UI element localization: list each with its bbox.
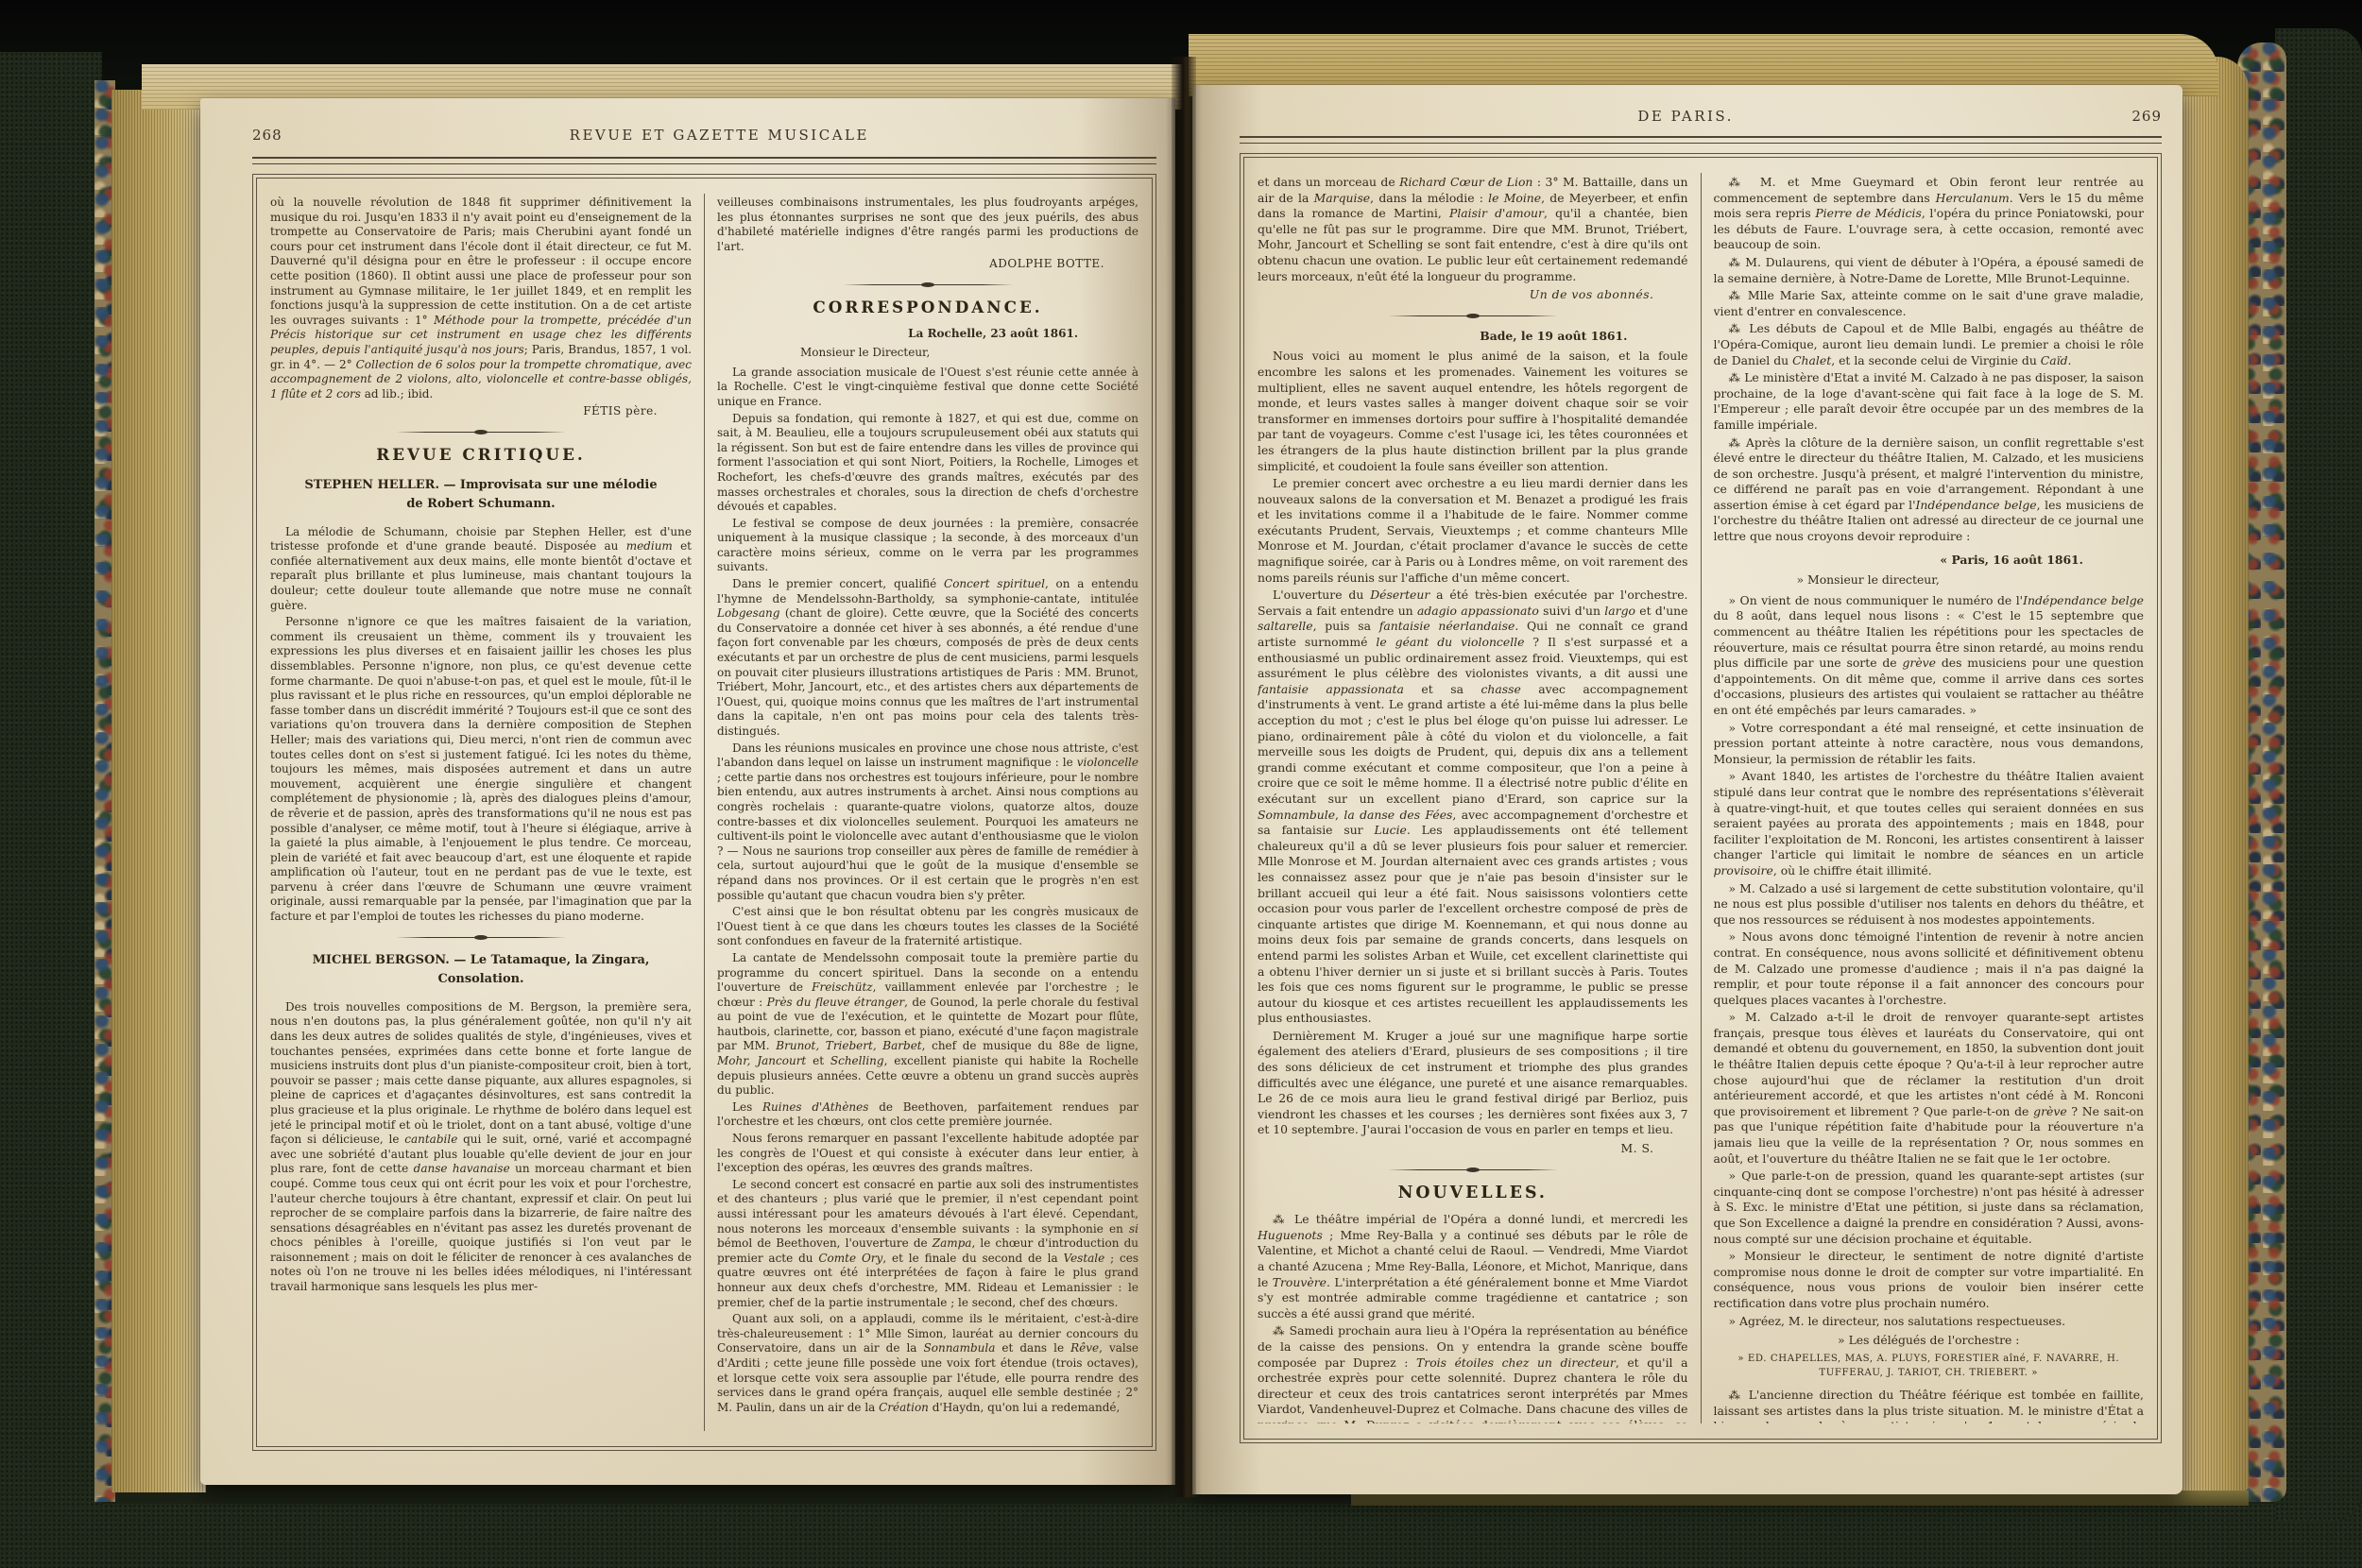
paragraph: ⁂ Samedi prochain aura lieu à l'Opéra la… bbox=[1258, 1323, 1688, 1423]
paragraph-continued: veilleuses combinaisons instrumentales, … bbox=[717, 196, 1138, 254]
running-head-right: DE PARIS. 269 bbox=[1240, 108, 2162, 125]
page-number-268: 268 bbox=[252, 127, 282, 144]
section-heading: NOUVELLES. bbox=[1258, 1185, 1688, 1202]
paragraph: ⁂ M. Dulaurens, qui vient de débuter à l… bbox=[1714, 255, 2145, 286]
column-rule-269 bbox=[1701, 173, 1702, 1423]
paragraph: » Agréez, M. le directeur, nos salutatio… bbox=[1714, 1314, 2145, 1330]
text-frame-inner-268: où la nouvelle révolution de 1848 fit su… bbox=[256, 178, 1153, 1447]
section-divider bbox=[1258, 1169, 1688, 1170]
paragraph: Des trois nouvelles compositions de M. B… bbox=[270, 1000, 692, 1295]
paragraph: La grande association musicale de l'Oues… bbox=[717, 366, 1138, 410]
signature: FÉTIS père. bbox=[270, 404, 692, 419]
paragraph: ⁂ Le théâtre impérial de l'Opéra a donné… bbox=[1258, 1212, 1688, 1321]
book-spread: 268 REVUE ET GAZETTE MUSICALE où la nouv… bbox=[0, 0, 2362, 1568]
paragraph: » Nous avons donc témoigné l'intention d… bbox=[1714, 929, 2145, 1008]
column-269-1: et dans un morceau de Richard Cœur de Li… bbox=[1258, 173, 1688, 1423]
centered-line: » Les délégués de l'orchestre : bbox=[1714, 1333, 2145, 1349]
column-269-2: ⁂ M. et Mme Gueymard et Obin feront leur… bbox=[1714, 173, 2145, 1423]
column-268-1: où la nouvelle révolution de 1848 fit su… bbox=[270, 194, 692, 1431]
paragraph: » Que parle-t-on de pression, quand les … bbox=[1714, 1168, 2145, 1247]
paragraph: Dernièrement M. Kruger a joué sur une ma… bbox=[1258, 1029, 1688, 1138]
section-divider bbox=[717, 284, 1138, 285]
page-268: 268 REVUE ET GAZETTE MUSICALE où la nouv… bbox=[200, 98, 1175, 1485]
book-cover-bottom bbox=[0, 1504, 2362, 1568]
paragraph: Quant aux soli, on a applaudi, comme ils… bbox=[717, 1312, 1138, 1415]
signature: Un de vos abonnés. bbox=[1258, 287, 1688, 303]
paragraph: ⁂ Le ministère d'Etat a invité M. Calzad… bbox=[1714, 370, 2145, 433]
paragraph-continued: et dans un morceau de Richard Cœur de Li… bbox=[1258, 175, 1688, 284]
dateline: Bade, le 19 août 1861. bbox=[1258, 329, 1688, 345]
signature: M. S. bbox=[1258, 1141, 1688, 1157]
paragraph: ⁂ M. et Mme Gueymard et Obin feront leur… bbox=[1714, 175, 2145, 253]
dateline: « Paris, 16 août 1861. bbox=[1714, 553, 2145, 569]
article-heading: STEPHEN HELLER. — Improvisata sur une mé… bbox=[295, 476, 667, 514]
paragraph: La mélodie de Schumann, choisie par Step… bbox=[270, 525, 692, 614]
journal-title-continued: DE PARIS. bbox=[1240, 108, 2131, 125]
running-head-left: 268 REVUE ET GAZETTE MUSICALE bbox=[252, 127, 1156, 144]
paragraph: Le premier concert avec orchestre a eu l… bbox=[1258, 476, 1688, 586]
page-edges-left bbox=[111, 90, 206, 1492]
paragraph: Le festival se compose de deux journées … bbox=[717, 517, 1138, 575]
section-heading: REVUE CRITIQUE. bbox=[270, 448, 692, 463]
page-269: DE PARIS. 269 et dans un morceau de Rich… bbox=[1192, 85, 2182, 1494]
paragraph: Les Ruines d'Athènes de Beethoven, parfa… bbox=[717, 1100, 1138, 1130]
paragraph: » Avant 1840, les artistes de l'orchestr… bbox=[1714, 769, 2145, 878]
paragraph: ⁂ Mlle Marie Sax, atteinte comme on le s… bbox=[1714, 288, 2145, 319]
paragraph: ⁂ Les débuts de Capoul et de Mlle Balbi,… bbox=[1714, 321, 2145, 368]
paragraph: » Monsieur le directeur, le sentiment de… bbox=[1714, 1249, 2145, 1311]
signature-list: » ED. CHAPELLES, MAS, A. PLUYS, FORESTIE… bbox=[1731, 1352, 2128, 1381]
salutation: » Monsieur le directeur, bbox=[1714, 572, 2145, 588]
dateline: La Rochelle, 23 août 1861. bbox=[717, 327, 1138, 342]
salutation: Monsieur le Directeur, bbox=[717, 346, 1138, 361]
book-spine-gutter bbox=[1172, 57, 1196, 1497]
text-frame-inner-269: et dans un morceau de Richard Cœur de Li… bbox=[1243, 157, 2158, 1440]
head-rule-right bbox=[1240, 136, 2162, 144]
paragraph: Dans le premier concert, qualifié Concer… bbox=[717, 577, 1138, 740]
paragraph: C'est ainsi que le bon résultat obtenu p… bbox=[717, 905, 1138, 949]
paragraph-continued: où la nouvelle révolution de 1848 fit su… bbox=[270, 196, 692, 401]
section-divider bbox=[270, 937, 692, 938]
journal-title: REVUE ET GAZETTE MUSICALE bbox=[282, 127, 1156, 144]
section-divider bbox=[1258, 315, 1688, 316]
signature: ADOLPHE BOTTE. bbox=[717, 257, 1138, 272]
paragraph: Le second concert est consacré en partie… bbox=[717, 1178, 1138, 1310]
paragraph: Nous ferons remarquer en passant l'excel… bbox=[717, 1132, 1138, 1176]
paragraph: » M. Calzado a-t-il le droit de renvoyer… bbox=[1714, 1010, 2145, 1167]
text-frame-268: où la nouvelle révolution de 1848 fit su… bbox=[252, 174, 1156, 1451]
book-cover-left bbox=[0, 52, 102, 1507]
article-heading: MICHEL BERGSON. — Le Tatamaque, la Zinga… bbox=[295, 951, 667, 989]
paragraph: Depuis sa fondation, qui remonte à 1827,… bbox=[717, 412, 1138, 515]
column-268-2: veilleuses combinaisons instrumentales, … bbox=[717, 194, 1138, 1431]
paragraph: » On vient de nous communiquer le numéro… bbox=[1714, 593, 2145, 719]
paragraph: » Votre correspondant a été mal renseign… bbox=[1714, 721, 2145, 768]
head-rule-left bbox=[252, 157, 1156, 164]
section-heading: CORRESPONDANCE. bbox=[717, 300, 1138, 315]
paragraph: Dans les réunions musicales en province … bbox=[717, 741, 1138, 904]
paragraph: ⁂ L'ancienne direction du Théâtre féériq… bbox=[1714, 1388, 2145, 1423]
page-number-269: 269 bbox=[2131, 108, 2162, 125]
book-cover-right bbox=[2275, 28, 2362, 1521]
paragraph: ⁂ Après la clôture de la dernière saison… bbox=[1714, 435, 2145, 545]
paragraph: Personne n'ignore ce que les maîtres fai… bbox=[270, 615, 692, 924]
column-rule-268 bbox=[704, 194, 705, 1431]
paragraph: L'ouverture du Déserteur a été très-bien… bbox=[1258, 588, 1688, 1027]
paragraph: Nous voici au moment le plus animé de la… bbox=[1258, 349, 1688, 474]
text-frame-269: et dans un morceau de Richard Cœur de Li… bbox=[1240, 153, 2162, 1443]
paragraph: La cantate de Mendelssohn composait tout… bbox=[717, 951, 1138, 1099]
section-divider bbox=[270, 432, 692, 433]
paragraph: » M. Calzado a usé si largement de cette… bbox=[1714, 881, 2145, 929]
